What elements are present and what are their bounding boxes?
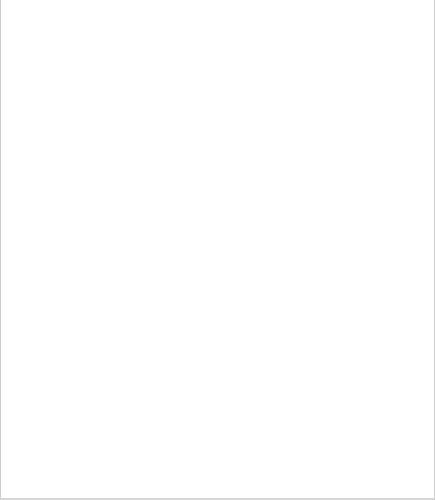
document-page xyxy=(0,0,435,500)
paragraph-line xyxy=(57,327,379,347)
paragraph-line xyxy=(57,281,379,301)
paragraph-line xyxy=(57,304,379,324)
paragraph-line xyxy=(57,143,379,163)
paragraph-line xyxy=(57,189,379,209)
paragraph-line xyxy=(57,97,379,117)
paragraph-line xyxy=(57,51,379,71)
paragraph-line xyxy=(81,28,379,48)
paragraph-line xyxy=(81,166,379,186)
paragraph-line xyxy=(57,212,379,232)
paragraph-line xyxy=(57,74,379,94)
paragraph-line xyxy=(81,235,379,255)
paragraph-line xyxy=(57,120,379,140)
paragraph-line xyxy=(57,258,379,278)
